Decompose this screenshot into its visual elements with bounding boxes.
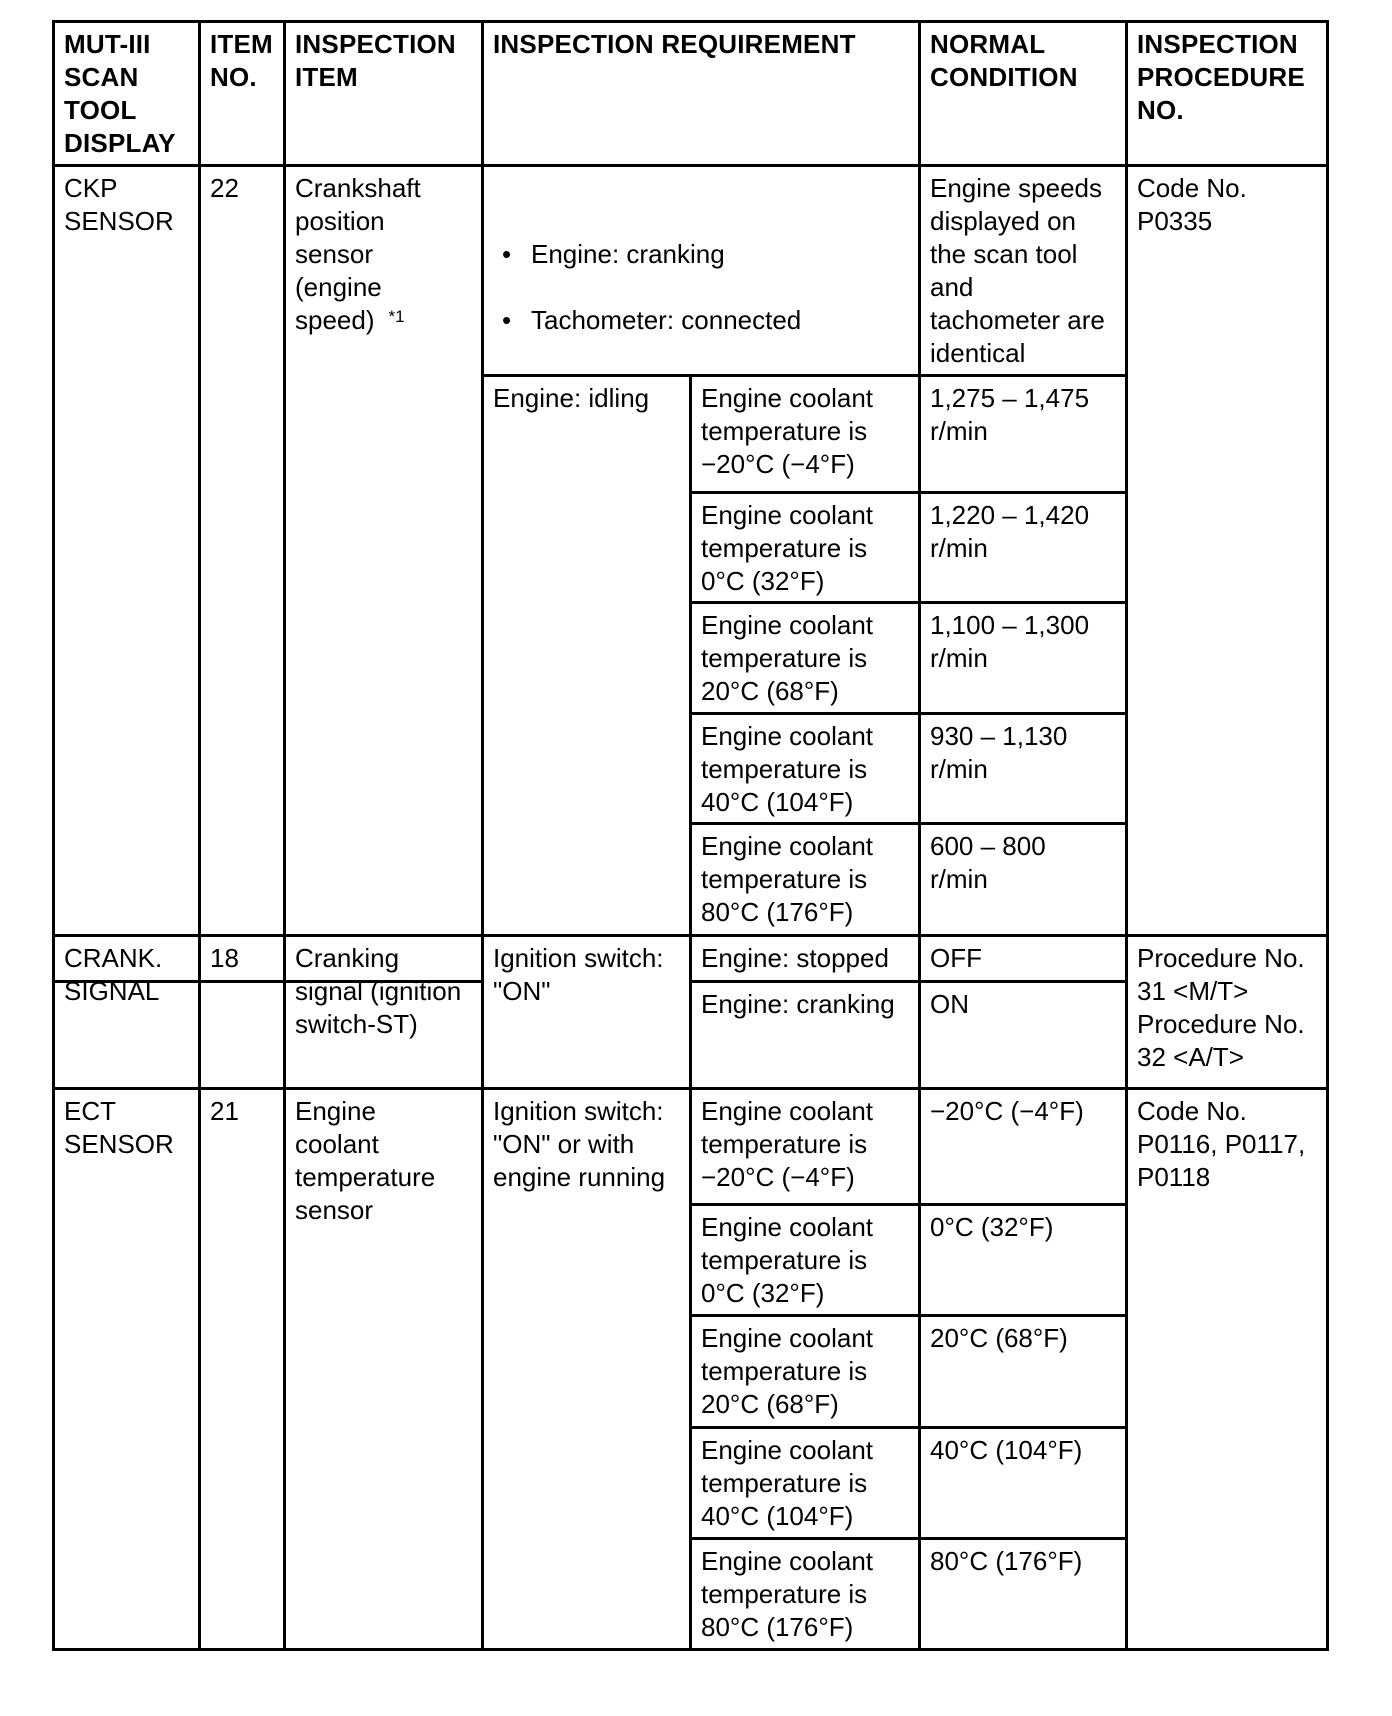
footnote-marker: *1 <box>389 307 405 326</box>
ckp-bullet-normal: Engine speeds displayed on the scan tool… <box>918 164 1128 377</box>
header-requirement: INSPECTION REQUIREMENT <box>481 20 921 167</box>
ect-procedure-no: Code No. P0116, P0117, P0118 <box>1125 1087 1329 1651</box>
crank-display: CRANK. SIGNAL <box>52 934 201 1090</box>
header-display: MUT-III SCAN TOOL DISPLAY <box>52 20 201 167</box>
ckp-item-no: 22 <box>198 164 286 983</box>
ect-display: ECT SENSOR <box>52 1087 201 1651</box>
ect-inspection-item: Engine coolant temperature sensor <box>283 1087 484 1651</box>
ckp-requirement-bullets: Engine: cranking Tachometer: connected <box>481 164 921 377</box>
header-procedure-no: INSPECTION PROCEDURE NO. <box>1125 20 1329 167</box>
ect-item-no: 21 <box>198 1087 286 1651</box>
bullet-item: Engine: cranking <box>493 238 918 271</box>
crank-normal-row: OFF <box>918 934 1128 983</box>
bullet-item: Tachometer: connected <box>493 304 918 337</box>
header-normal-condition: NORMAL CONDITION <box>918 20 1128 167</box>
ect-normal-row: 80°C (176°F) <box>918 1537 1128 1651</box>
ckp-normal-row: 1,275 – 1,475 r/min <box>918 374 1128 494</box>
crank-inspection-item: Cranking signal (ignition switch-ST) <box>283 934 484 1090</box>
ckp-display: CKP SENSOR <box>52 164 201 983</box>
ect-condition-row: Engine coolant temperature is 20°C (68°F… <box>689 1314 921 1429</box>
header-item-no: ITEM NO. <box>198 20 286 167</box>
ckp-inspection-item: Crankshaft position sensor (engine speed… <box>283 164 484 983</box>
ect-condition-row: Engine coolant temperature is 80°C (176°… <box>689 1537 921 1651</box>
ckp-condition-row: Engine coolant temperature is −20°C (−4°… <box>689 374 921 494</box>
ckp-normal-row: 1,220 – 1,420 r/min <box>918 491 1128 604</box>
ect-normal-row: 0°C (32°F) <box>918 1203 1128 1317</box>
ckp-condition-row: Engine coolant temperature is 20°C (68°F… <box>689 601 921 715</box>
ckp-condition-row: Engine coolant temperature is 80°C (176°… <box>689 822 921 937</box>
ckp-condition-row: Engine coolant temperature is 40°C (104°… <box>689 712 921 825</box>
ckp-sub-condition: Engine: idling <box>481 374 692 937</box>
crank-requirement: Ignition switch: "ON" <box>481 934 692 1090</box>
ect-requirement: Ignition switch: "ON" or with engine run… <box>481 1087 692 1651</box>
crank-condition-row: Engine: stopped <box>689 934 921 983</box>
ect-normal-row: 20°C (68°F) <box>918 1314 1128 1429</box>
ckp-normal-row: 930 – 1,130 r/min <box>918 712 1128 825</box>
ckp-condition-row: Engine coolant temperature is 0°C (32°F) <box>689 491 921 604</box>
ckp-normal-row: 1,100 – 1,300 r/min <box>918 601 1128 715</box>
ckp-procedure-no: Code No. P0335 <box>1125 164 1329 937</box>
ect-normal-row: −20°C (−4°F) <box>918 1087 1128 1206</box>
header-inspection-item: INSPECTION ITEM <box>283 20 484 167</box>
ect-condition-row: Engine coolant temperature is −20°C (−4°… <box>689 1087 921 1206</box>
ect-condition-row: Engine coolant temperature is 40°C (104°… <box>689 1426 921 1540</box>
crank-normal-row: ON <box>918 980 1128 1090</box>
ckp-normal-row: 600 – 800 r/min <box>918 822 1128 937</box>
ect-condition-row: Engine coolant temperature is 0°C (32°F) <box>689 1203 921 1317</box>
crank-procedure-no: Procedure No. 31 <M/T> Procedure No. 32 … <box>1125 934 1329 1090</box>
crank-condition-row: Engine: cranking <box>689 980 921 1090</box>
inspection-table: MUT-III SCAN TOOL DISPLAY ITEM NO. INSPE… <box>0 0 1392 1716</box>
crank-item-no: 18 <box>198 934 286 1090</box>
ect-normal-row: 40°C (104°F) <box>918 1426 1128 1540</box>
